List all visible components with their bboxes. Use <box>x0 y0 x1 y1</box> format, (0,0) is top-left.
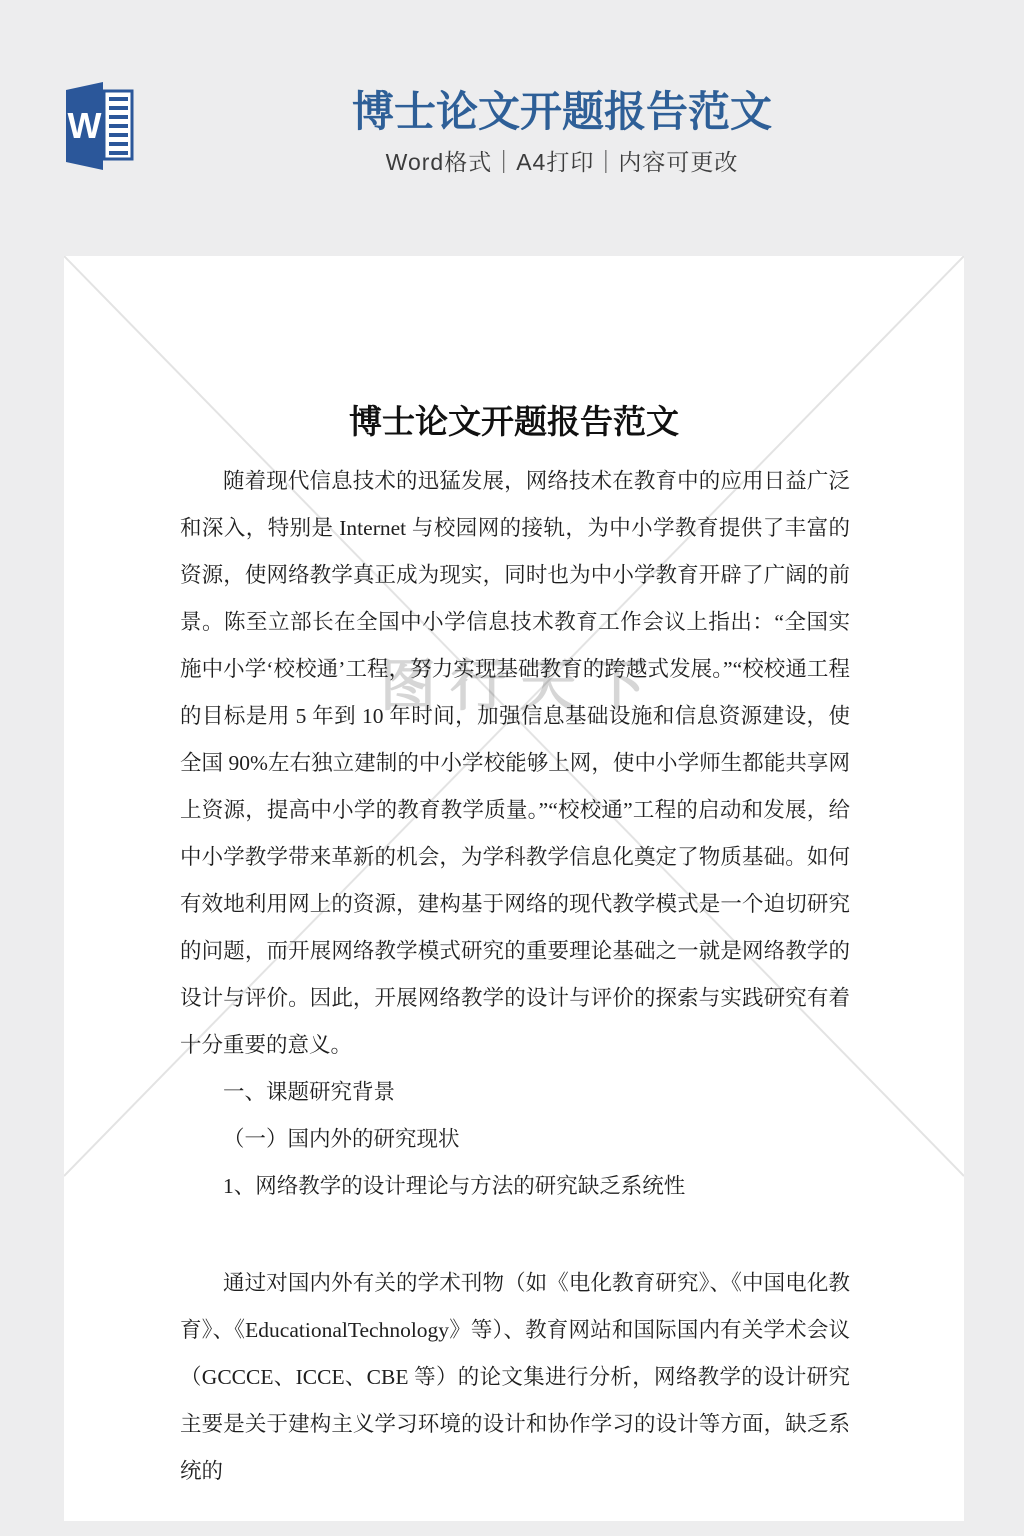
document-page: 图行天下 博士论文开题报告范文 随着现代信息技术的迅猛发展，网络技术在教育中的应… <box>64 256 964 1521</box>
section-heading-research-background: 一、课题研究背景 <box>180 1069 850 1116</box>
document-body: 随着现代信息技术的迅猛发展，网络技术在教育中的应用日益广泛和深入，特别是 Int… <box>180 458 850 1495</box>
document-title: 博士论文开题报告范文 <box>180 398 848 448</box>
section-heading-design-theory: 1、网络教学的设计理论与方法的研究缺乏系统性 <box>180 1163 850 1210</box>
header-title: 博士论文开题报告范文 <box>160 88 964 136</box>
word-icon-letter: W <box>68 105 102 146</box>
header-text-block: 博士论文开题报告范文 Word格式｜A4打印｜内容可更改 <box>160 88 964 176</box>
header: W 博士论文开题报告范文 Word格式｜A4打印｜内容可更改 <box>0 0 1024 256</box>
word-icon: W <box>64 80 138 172</box>
section-heading-research-status: （一）国内外的研究现状 <box>180 1116 850 1163</box>
body-paragraph-analysis: 通过对国内外有关的学术刊物（如《电化教育研究》、《中国电化教育》、《Educat… <box>180 1260 850 1495</box>
header-subtitle: Word格式｜A4打印｜内容可更改 <box>160 148 964 176</box>
word-logo-icon: W <box>64 80 138 172</box>
page-canvas: W 博士论文开题报告范文 Word格式｜A4打印｜内容可更改 图行天下 博士论文… <box>0 0 1024 1536</box>
body-paragraph-intro: 随着现代信息技术的迅猛发展，网络技术在教育中的应用日益广泛和深入，特别是 Int… <box>180 458 850 1069</box>
